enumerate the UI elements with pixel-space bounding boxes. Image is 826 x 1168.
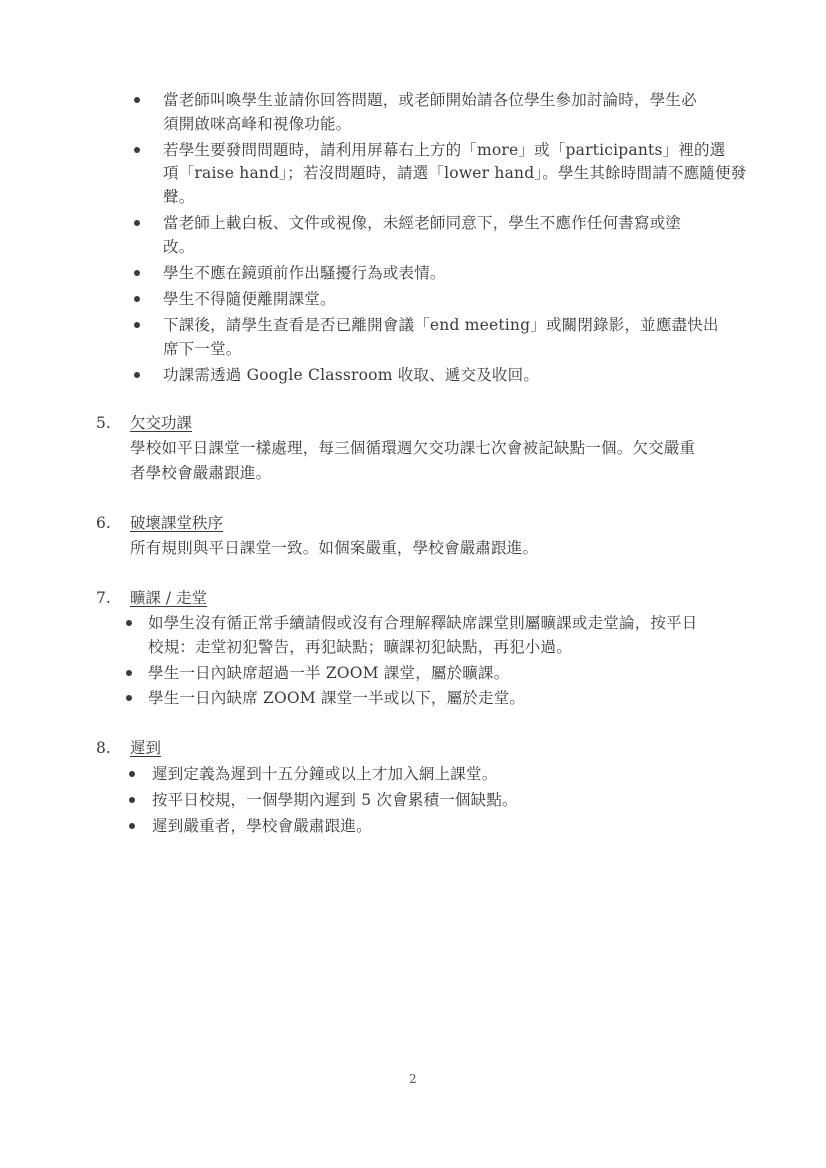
- bullet-text: 校規：走堂初犯警告，再犯缺點；曠課初犯缺點，再犯小過。: [148, 637, 572, 657]
- section-title: 遲到: [130, 738, 161, 758]
- bullet-text: 當老師上載白板、文件或視像，未經老師同意下，學生不應作任何書寫或塗: [163, 213, 681, 233]
- section-title: 欠交功課: [130, 413, 192, 433]
- bullet-icon: [129, 823, 135, 829]
- bullet-text: 功課需透過 Google Classroom 收取、遞交及收回。: [163, 365, 539, 385]
- document-page: 當老師叫喚學生並請你回答問題，或老師開始請各位學生參加討論時，學生必 須開啟咪高…: [0, 0, 826, 1168]
- bullet-icon: [134, 322, 140, 328]
- section-number: 6.: [96, 513, 111, 533]
- bullet-text: 學生不得隨便離開課堂。: [163, 289, 336, 309]
- bullet-icon: [134, 147, 140, 153]
- bullet-icon: [129, 797, 135, 803]
- bullet-text: 項「raise hand」；若沒問題時，請選「lower hand」。學生其餘時…: [163, 163, 746, 183]
- bullet-text: 須開啟咪高峰和視像功能。: [163, 114, 351, 134]
- bullet-icon: [134, 97, 140, 103]
- bullet-icon: [134, 220, 140, 226]
- bullet-text: 遲到定義為遲到十五分鐘或以上才加入網上課堂。: [152, 764, 497, 784]
- page-number: 2: [409, 1072, 417, 1086]
- bullet-text: 學生一日內缺席 ZOOM 課堂一半或以下，屬於走堂。: [148, 688, 525, 708]
- section-title: 破壞課堂秩序: [130, 513, 223, 533]
- bullet-text: 改。: [163, 237, 194, 257]
- bullet-text: 按平日校規，一個學期內遲到 5 次會累積一個缺點。: [152, 790, 518, 810]
- bullet-icon: [129, 771, 135, 777]
- section-paragraph: 所有規則與平日課堂一致。如個案嚴重，學校會嚴肅跟進。: [130, 538, 538, 558]
- bullet-text: 學生一日內缺席超過一半 ZOOM 課堂，屬於曠課。: [148, 663, 509, 683]
- bullet-text: 學生不應在鏡頭前作出騷擾行為或表情。: [163, 263, 446, 283]
- bullet-text: 如學生沒有循正常手續請假或沒有合理解釋缺席課堂則屬曠課或走堂論，按平日: [148, 613, 698, 633]
- bullet-icon: [126, 695, 132, 701]
- bullet-text: 下課後，請學生查看是否已離開會議「end meeting」或關閉錄影，並應盡快出: [163, 315, 719, 335]
- bullet-text: 當老師叫喚學生並請你回答問題，或老師開始請各位學生參加討論時，學生必: [163, 90, 697, 110]
- bullet-text: 若學生要發問問題時，請利用屏幕右上方的「more」或「participants」…: [163, 140, 725, 160]
- section-paragraph: 學校如平日課堂一樣處理，每三個循環週欠交功課七次會被記缺點一個。欠交嚴重: [130, 438, 695, 458]
- bullet-icon: [134, 372, 140, 378]
- bullet-text: 遲到嚴重者，學校會嚴肅跟進。: [152, 816, 372, 836]
- section-paragraph: 者學校會嚴肅跟進。: [130, 463, 271, 483]
- section-title: 曠課 / 走堂: [130, 588, 207, 608]
- bullet-text: 席下一堂。: [163, 339, 242, 359]
- bullet-icon: [134, 270, 140, 276]
- bullet-icon: [126, 620, 132, 626]
- bullet-icon: [134, 296, 140, 302]
- bullet-icon: [126, 670, 132, 676]
- bullet-text: 聲。: [163, 187, 194, 207]
- section-number: 5.: [96, 413, 111, 433]
- section-number: 7.: [96, 588, 111, 608]
- section-number: 8.: [96, 738, 111, 758]
